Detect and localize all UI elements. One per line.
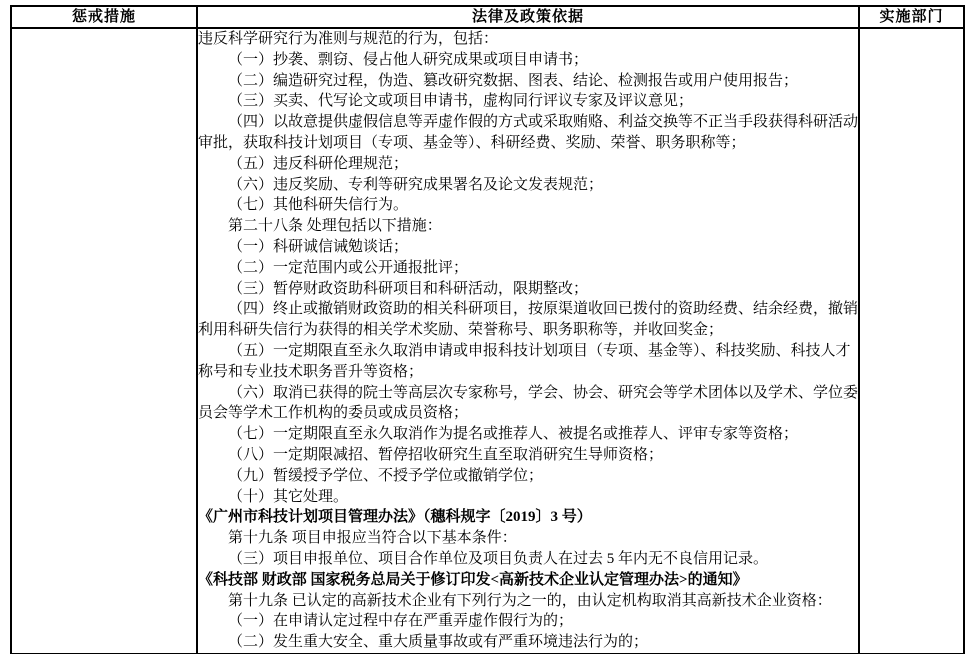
- statute-line: 第二十八条 处理包括以下措施：: [198, 216, 858, 237]
- statute-line: （二）编造研究过程，伪造、篡改研究数据、图表、结论、检测报告或用户使用报告；: [198, 71, 858, 92]
- statute-line: （七）其他科研失信行为。: [198, 195, 858, 216]
- statute-line: （一）在申请认定过程中存在严重弄虚作假行为的；: [198, 611, 858, 632]
- statute-line: （三）买卖、代写论文或项目申请书，虚构同行评议专家及评议意见；: [198, 91, 858, 112]
- statute-line: （二）一定范围内或公开通报批评；: [198, 258, 858, 279]
- department-cell: [859, 28, 964, 654]
- statute-line: （六）取消已获得的院士等高层次专家称号，学会、协会、研究会等学术团体以及学术、学…: [198, 383, 858, 425]
- statute-line: 违反科学研究行为准则与规范的行为，包括：: [198, 29, 858, 50]
- statute-line: （四）以故意提供虚假信息等弄虚作假的方式或采取贿赂、利益交换等不正当手段获得科研…: [198, 112, 858, 154]
- statute-line: 第十九条 项目申报应当符合以下基本条件：: [198, 528, 858, 549]
- legal-basis-cell: 违反科学研究行为准则与规范的行为，包括：（一）抄袭、剽窃、侵占他人研究成果或项目…: [197, 28, 859, 654]
- header-row: 惩戒措施 法律及政策依据 实施部门: [11, 6, 964, 28]
- policy-table: 惩戒措施 法律及政策依据 实施部门 违反科学研究行为准则与规范的行为，包括：（一…: [10, 5, 965, 654]
- statute-line: （四）终止或撤销财政资助的相关科研项目，按原渠道收回已拨付的资助经费、结余经费，…: [198, 299, 858, 341]
- statute-line: （一）科研诚信诫勉谈话；: [198, 237, 858, 258]
- statute-line: （五）违反科研伦理规范；: [198, 154, 858, 175]
- header-measures: 惩戒措施: [11, 6, 197, 28]
- statute-line: （七）一定期限直至永久取消作为提名或推荐人、被提名或推荐人、评审专家等资格；: [198, 424, 858, 445]
- statute-line: （五）一定期限直至永久取消申请或申报科技计划项目（专项、基金等）、科技奖励、科技…: [198, 341, 858, 383]
- header-department: 实施部门: [859, 6, 964, 28]
- statute-title: 《广州市科技计划项目管理办法》（穗科规字〔2019〕3 号）: [198, 507, 858, 528]
- statute-line: （十）其它处理。: [198, 487, 858, 508]
- statute-line: （六）违反奖励、专利等研究成果署名及论文发表规范；: [198, 175, 858, 196]
- statute-line: （二）发生重大安全、重大质量事故或有严重环境违法行为的；: [198, 632, 858, 653]
- statute-line: （三）暂停财政资助科研项目和科研活动，限期整改；: [198, 279, 858, 300]
- measures-cell: [11, 28, 197, 654]
- statute-line: 第十九条 已认定的高新技术企业有下列行为之一的，由认定机构取消其高新技术企业资格…: [198, 591, 858, 612]
- statute-line: （三）项目申报单位、项目合作单位及项目负责人在过去 5 年内无不良信用记录。: [198, 549, 858, 570]
- statute-title: 《科技部 财政部 国家税务总局关于修订印发<高新技术企业认定管理办法>的通知》: [198, 570, 858, 591]
- table-row: 违反科学研究行为准则与规范的行为，包括：（一）抄袭、剽窃、侵占他人研究成果或项目…: [11, 28, 964, 654]
- statute-line: （八）一定期限减招、暂停招收研究生直至取消研究生导师资格；: [198, 445, 858, 466]
- header-legal-basis: 法律及政策依据: [197, 6, 859, 28]
- statute-line: （九）暂缓授予学位、不授予学位或撤销学位；: [198, 466, 858, 487]
- statute-line: （一）抄袭、剽窃、侵占他人研究成果或项目申请书；: [198, 50, 858, 71]
